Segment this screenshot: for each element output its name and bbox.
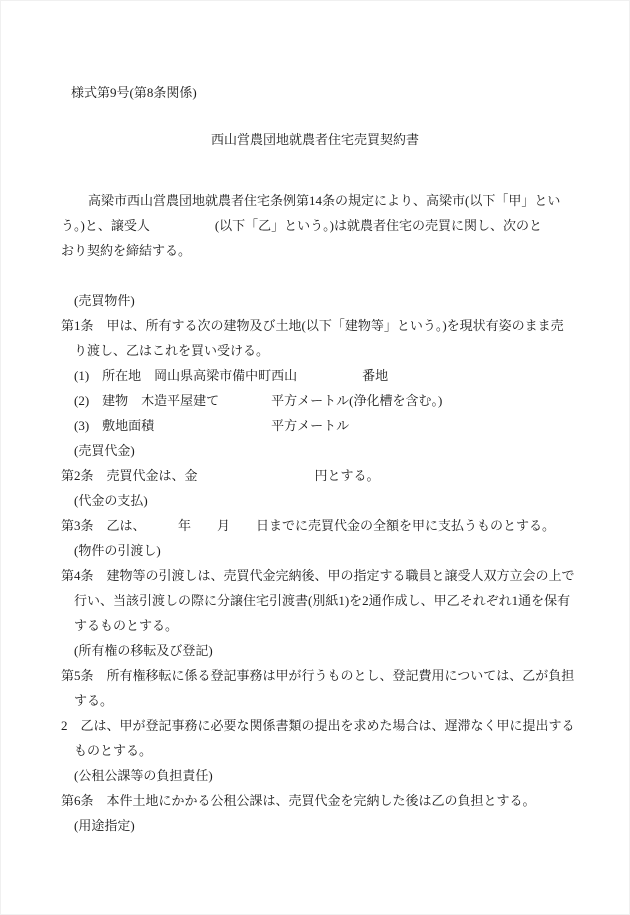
document-line: 第6条 本件土地にかかる公租公課は、売買代金を完納した後は乙の負担とする。 [61, 788, 581, 813]
document-line: (3) 敷地面積 平方メートル [61, 413, 581, 438]
document-line: (2) 建物 木造平屋建て 平方メートル(浄化槽を含む。) [61, 388, 581, 413]
section-heading: (用途指定) [61, 813, 581, 838]
document-line: り渡し、乙はこれを買い受ける。 [61, 338, 581, 363]
document-line: おり契約を締結する。 [61, 238, 581, 263]
document-body: 高梁市西山営農団地就農者住宅条例第14条の規定により、高梁市(以下「甲」とい う… [61, 188, 581, 838]
document-line: するものとする。 [61, 613, 581, 638]
document-line: 第4条 建物等の引渡しは、売買代金完納後、甲の指定する職員と譲受人双方立会の上で [61, 563, 581, 588]
section-heading: (代金の支払) [61, 488, 581, 513]
section-heading: (売買代金) [61, 438, 581, 463]
document-line: (1) 所在地 岡山県高梁市備中町西山 番地 [61, 363, 581, 388]
document-line: 行い、当該引渡しの際に分譲住宅引渡書(別紙1)を2通作成し、甲乙それぞれ1通を保… [61, 588, 581, 613]
document-line: う。)と、譲受人 (以下「乙」という。)は就農者住宅の売買に関し、次のと [61, 213, 581, 238]
section-heading: (売買物件) [61, 288, 581, 313]
document-page: 様式第9号(第8条関係) 西山営農団地就農者住宅売買契約書 高梁市西山営農団地就… [0, 0, 630, 915]
document-line-blank [61, 263, 581, 288]
document-line: ものとする。 [61, 738, 581, 763]
document-title: 西山営農団地就農者住宅売買契約書 [1, 131, 629, 148]
section-heading: (所有権の移転及び登記) [61, 638, 581, 663]
document-line: 第5条 所有権移転に係る登記事務は甲が行うものとし、登記費用については、乙が負担 [61, 663, 581, 688]
document-line: 2 乙は、甲が登記事務に必要な関係書類の提出を求めた場合は、遅滞なく甲に提出する [61, 713, 581, 738]
document-line: 高梁市西山営農団地就農者住宅条例第14条の規定により、高梁市(以下「甲」とい [61, 188, 581, 213]
document-line: する。 [61, 688, 581, 713]
document-line: 第2条 売買代金は、金 円とする。 [61, 463, 581, 488]
form-number: 様式第9号(第8条関係) [71, 84, 197, 101]
document-line: 第3条 乙は、 年 月 日までに売買代金の全額を甲に支払うものとする。 [61, 513, 581, 538]
section-heading: (公租公課等の負担責任) [61, 763, 581, 788]
document-line: 第1条 甲は、所有する次の建物及び土地(以下「建物等」という。)を現状有姿のまま… [61, 313, 581, 338]
section-heading: (物件の引渡し) [61, 538, 581, 563]
